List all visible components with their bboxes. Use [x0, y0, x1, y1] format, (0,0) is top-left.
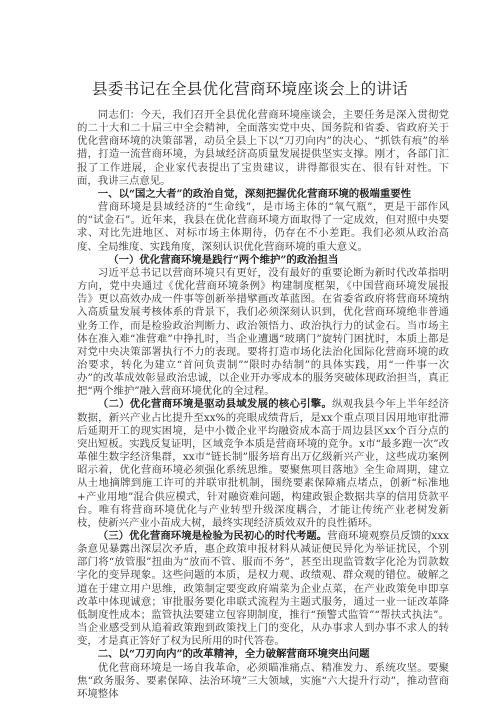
paragraph-intro: 同志们：今天，我们召开全县优化营商环境座谈会，主要任务是深入贯彻党的二十大和二十…: [77, 109, 449, 188]
paragraph-subsection-1: 习近平总书记以营商环境只有更好，没有最好的重要论断为新时代改革指明方向，党中央通…: [77, 267, 449, 399]
heading-section-2: 二、以“刀刃向内”的改革精神，全力破解营商环境突出问题: [77, 648, 449, 661]
paragraph-subsection-2: （二）优化营商环境是驱动县域发展的核心引擎。纵观我县今年上半年经济数据，新兴产业…: [77, 398, 449, 530]
heading-subsection-2: （二）优化营商环境是驱动县域发展的核心引擎。: [98, 398, 332, 410]
heading-subsection-3: （三）优化营商环境是检验为民初心的时代考题。: [98, 530, 327, 542]
paragraph-subsection-2-text: 纵观我县今年上半年经济数据，新兴产业占比提升至xx%的亮眼成绩背后，是xx个重点…: [77, 398, 449, 528]
heading-section-1: 一、以“国之大者”的政治自觉，深刻把握优化营商环境的极端重要性: [77, 188, 449, 201]
paragraph-subsection-3: （三）优化营商环境是检验为民初心的时代考题。营商环境观察员反馈的xxx条意见暴露…: [77, 530, 449, 648]
document-title: 县委书记在全县优化营商环境座谈会上的讲话: [0, 77, 500, 99]
paragraph-section-1-intro: 营商环境是县域经济的“生命线”，是市场主体的“氧气瓶”，更是干部作风的“试金石”…: [77, 201, 449, 254]
paragraph-section-2-intro: 优化营商环境是一场自我革命，必须瞄准痛点、精准发力、系统攻坚。要聚焦“政务服务、…: [77, 662, 449, 701]
heading-subsection-1: （一）优化营商环境是践行“两个维护”的政治担当: [77, 254, 449, 267]
paragraph-subsection-3-text: 营商环境观察员反馈的xxx条意见暴露出深层次矛盾，惠企政策申报材料从减证便民异化…: [77, 530, 449, 647]
document-body: 同志们：今天，我们召开全县优化营商环境座谈会，主要任务是深入贯彻党的二十大和二十…: [77, 109, 449, 701]
